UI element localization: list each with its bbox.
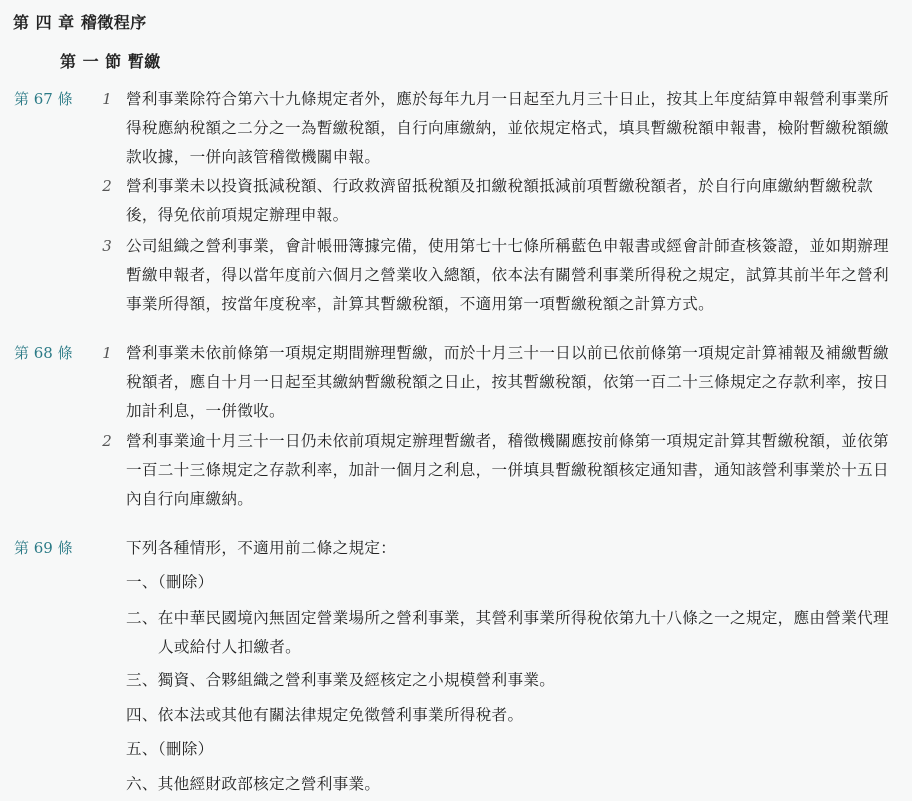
list-item: 一、（刪除） [126, 568, 898, 597]
paragraph-text: 營利事業除符合第六十九條規定者外，應於每年九月一日起至九月三十日止，按其上年度結… [126, 85, 898, 172]
list-item: 四、依本法或其他有關法律規定免徵營利事業所得稅者。 [126, 701, 898, 730]
article-label[interactable]: 第 68 條 [14, 339, 73, 368]
paragraph-number: 1 [100, 85, 114, 114]
paragraph-number: 2 [100, 427, 114, 456]
list-item: 三、獨資、合夥組織之營利事業及經核定之小規模營利事業。 [126, 666, 898, 695]
section-title: 第 一 節 暫繳 [60, 49, 161, 72]
paragraph-number: 3 [100, 232, 114, 261]
paragraph-number: 2 [100, 172, 114, 201]
list-item: 六、其他經財政部核定之營利事業。 [126, 770, 898, 799]
article-intro: 下列各種情形，不適用前二條之規定： [126, 534, 898, 563]
paragraph-text: 營利事業逾十月三十一日仍未依前項規定辦理暫繳者，稽徵機關應按前條第一項規定計算其… [126, 427, 898, 514]
paragraph-text: 營利事業未以投資抵減稅額、行政救濟留抵稅額及扣繳稅額抵減前項暫繳稅額者，於自行向… [126, 172, 898, 230]
article-label[interactable]: 第 67 條 [14, 85, 73, 114]
paragraph-text: 營利事業未依前條第一項規定期間辦理暫繳，而於十月三十一日以前已依前條第一項規定計… [126, 339, 898, 426]
list-item: 二、在中華民國境內無固定營業場所之營利事業，其營利事業所得稅依第九十八條之一之規… [126, 604, 898, 662]
chapter-title: 第 四 章 稽徵程序 [13, 10, 147, 33]
article-label[interactable]: 第 69 條 [14, 534, 73, 563]
paragraph-number: 1 [100, 339, 114, 368]
paragraph-text: 公司組織之營利事業，會計帳冊簿據完備，使用第七十七條所稱藍色申報書或經會計師查核… [126, 232, 898, 319]
list-item: 五、（刪除） [126, 735, 898, 764]
